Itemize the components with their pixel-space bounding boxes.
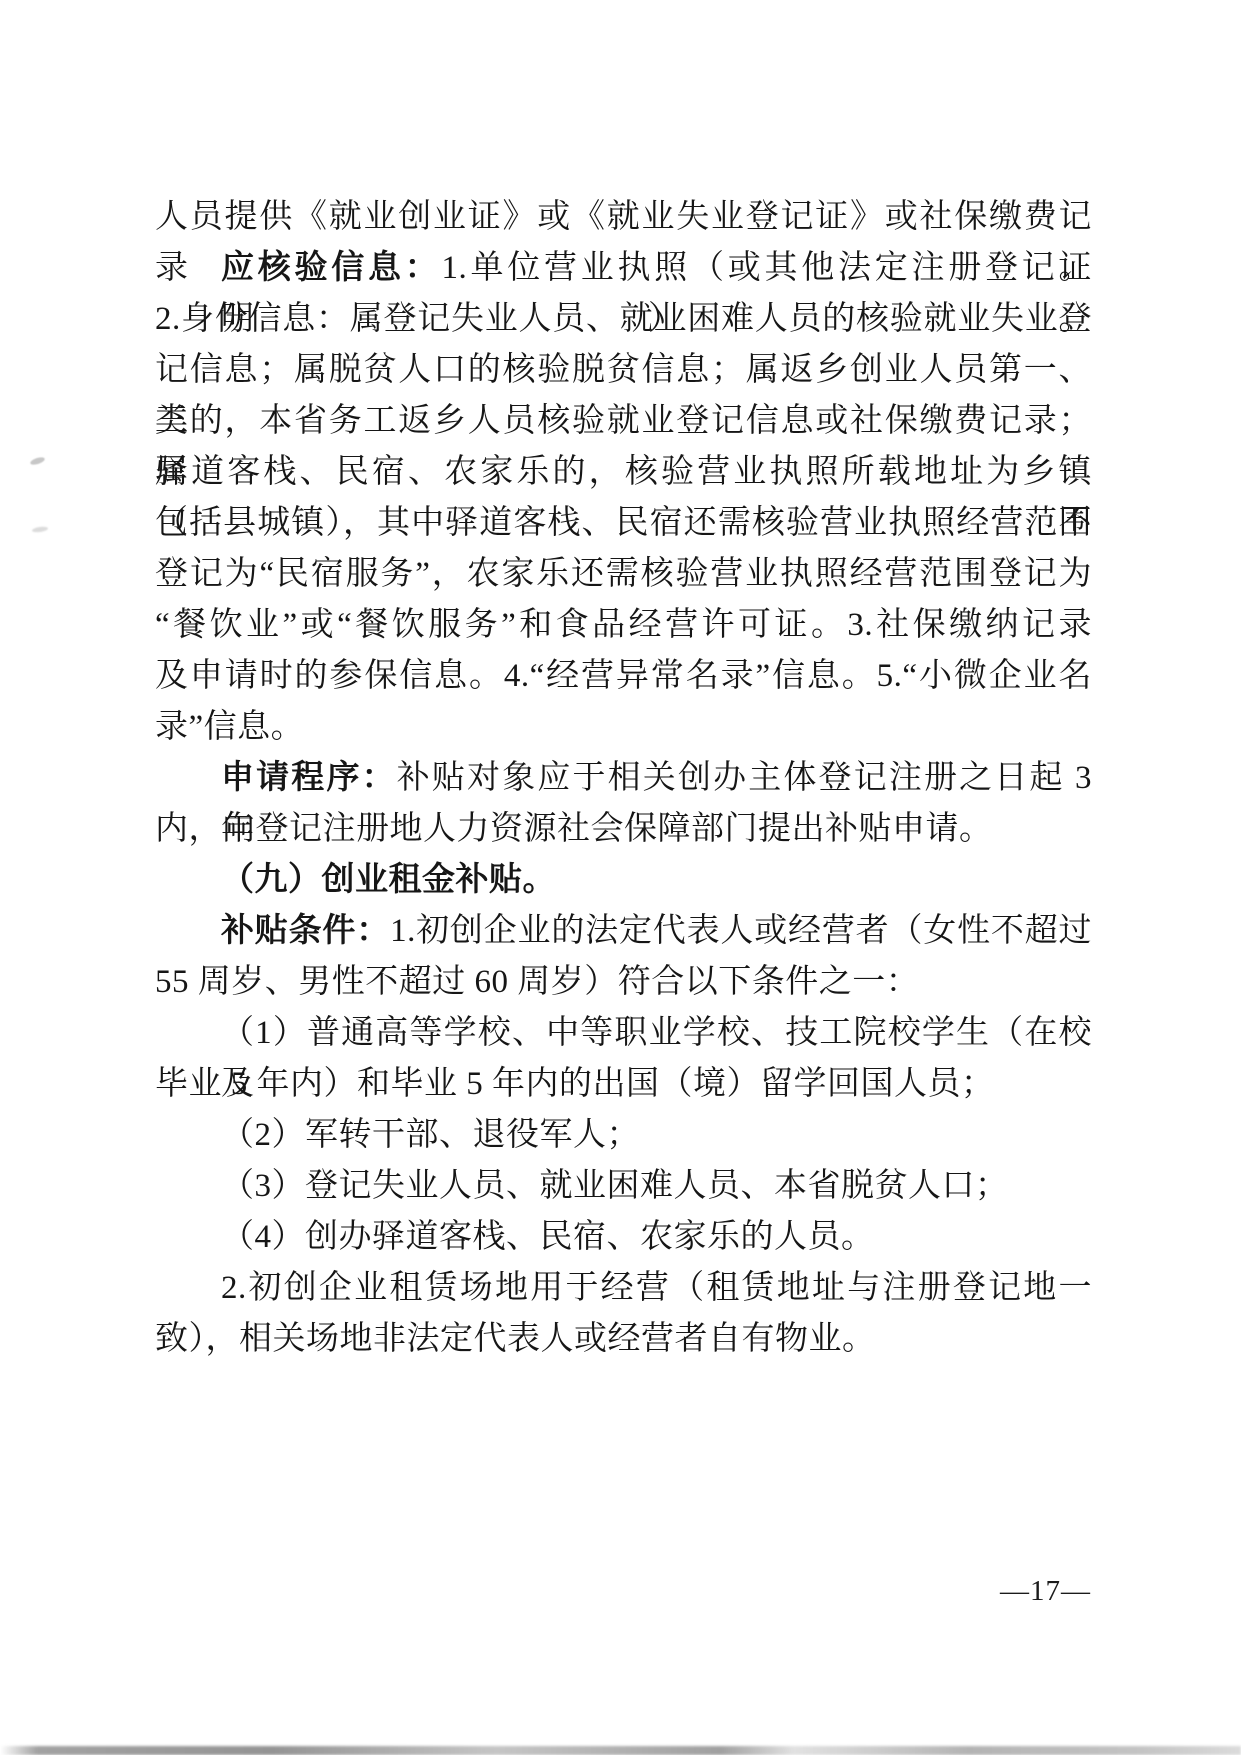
text-line: （九）创业租金补贴。 xyxy=(155,855,1092,906)
text-line: 录”信息。 xyxy=(155,702,1092,753)
text-segment-bold: 应核验信息： xyxy=(221,250,442,286)
text-segment: 1.初创企业的法定代表人或经营者（女性不超过 xyxy=(390,913,1092,949)
text-line: 记信息；属脱贫人口的核验脱贫信息；属返乡创业人员第一、三 xyxy=(155,345,1092,396)
text-line: 2.初创企业租赁场地用于经营（租赁地址与注册登记地一 xyxy=(155,1263,1092,1314)
text-line: （3）登记失业人员、就业困难人员、本省脱贫人口； xyxy=(155,1161,1092,1212)
text-line: 驿道客栈、民宿、农家乐的，核验营业执照所载地址为乡镇（不 xyxy=(155,447,1092,498)
text-line: 及申请时的参保信息。4.“经营异常名录”信息。5.“小微企业名 xyxy=(155,651,1092,702)
text-segment: 毕业 5 年内）和毕业 5 年内的出国（境）留学回国人员； xyxy=(155,1066,995,1102)
document-body: 人员提供《就业创业证》或《就业失业登记证》或社保缴费记录。应核验信息：1.单位营… xyxy=(155,192,1092,1365)
text-line: 应核验信息：1.单位营业执照（或其他法定注册登记证明）。 xyxy=(155,243,1092,294)
text-segment: 登记为“民宿服务”，农家乐还需核验营业执照经营范围登记为 xyxy=(155,556,1092,592)
text-segment: 包括县城镇），其中驿道客栈、民宿还需核验营业执照经营范围 xyxy=(155,505,1092,541)
text-segment: 2.初创企业租赁场地用于经营（租赁地址与注册登记地一 xyxy=(221,1270,1092,1306)
scan-speck xyxy=(29,456,45,466)
text-line: 55 周岁、男性不超过 60 周岁）符合以下条件之一： xyxy=(155,957,1092,1008)
text-line: 人员提供《就业创业证》或《就业失业登记证》或社保缴费记录。 xyxy=(155,192,1092,243)
text-segment-bold: 申请程序： xyxy=(221,760,397,796)
text-segment-bold: （九）创业租金补贴。 xyxy=(221,862,556,898)
text-line: （2）军转干部、退役军人； xyxy=(155,1110,1092,1161)
text-segment: 致），相关场地非法定代表人或经营者自有物业。 xyxy=(155,1321,876,1357)
text-line: （1）普通高等学校、中等职业学校、技工院校学生（在校及 xyxy=(155,1008,1092,1059)
text-line: 内，向登记注册地人力资源社会保障部门提出补贴申请。 xyxy=(155,804,1092,855)
text-line: 登记为“民宿服务”，农家乐还需核验营业执照经营范围登记为 xyxy=(155,549,1092,600)
text-segment: （2）军转干部、退役军人； xyxy=(221,1117,640,1153)
scan-edge-artifact xyxy=(0,1746,1241,1755)
text-line: 2.身份信息：属登记失业人员、就业困难人员的核验就业失业登 xyxy=(155,294,1092,345)
text-segment: 录”信息。 xyxy=(155,709,304,745)
text-line: 毕业 5 年内）和毕业 5 年内的出国（境）留学回国人员； xyxy=(155,1059,1092,1110)
page-number: —17— xyxy=(1000,1575,1091,1608)
text-line: 致），相关场地非法定代表人或经营者自有物业。 xyxy=(155,1314,1092,1365)
text-segment: （3）登记失业人员、就业困难人员、本省脱贫人口； xyxy=(221,1168,1009,1204)
text-line: 补贴条件：1.初创企业的法定代表人或经营者（女性不超过 xyxy=(155,906,1092,957)
text-segment: 及申请时的参保信息。4.“经营异常名录”信息。5.“小微企业名 xyxy=(155,658,1092,694)
text-line: 类的，本省务工返乡人员核验就业登记信息或社保缴费记录；属 xyxy=(155,396,1092,447)
document-page: 人员提供《就业创业证》或《就业失业登记证》或社保缴费记录。应核验信息：1.单位营… xyxy=(0,0,1241,1755)
text-segment: 55 周岁、男性不超过 60 周岁）符合以下条件之一： xyxy=(155,964,919,1000)
scan-speck xyxy=(32,526,49,533)
text-segment: 2.身份信息：属登记失业人员、就业困难人员的核验就业失业登 xyxy=(155,301,1092,337)
text-segment: “餐饮业”或“餐饮服务”和食品经营许可证。3.社保缴纳记录 xyxy=(155,607,1092,643)
text-line: “餐饮业”或“餐饮服务”和食品经营许可证。3.社保缴纳记录 xyxy=(155,600,1092,651)
text-line: 申请程序：补贴对象应于相关创办主体登记注册之日起 3 年 xyxy=(155,753,1092,804)
text-segment: 内，向登记注册地人力资源社会保障部门提出补贴申请。 xyxy=(155,811,993,847)
text-line: （4）创办驿道客栈、民宿、农家乐的人员。 xyxy=(155,1212,1092,1263)
text-line: 包括县城镇），其中驿道客栈、民宿还需核验营业执照经营范围 xyxy=(155,498,1092,549)
text-segment: （4）创办驿道客栈、民宿、农家乐的人员。 xyxy=(221,1219,875,1255)
text-segment-bold: 补贴条件： xyxy=(221,913,390,949)
